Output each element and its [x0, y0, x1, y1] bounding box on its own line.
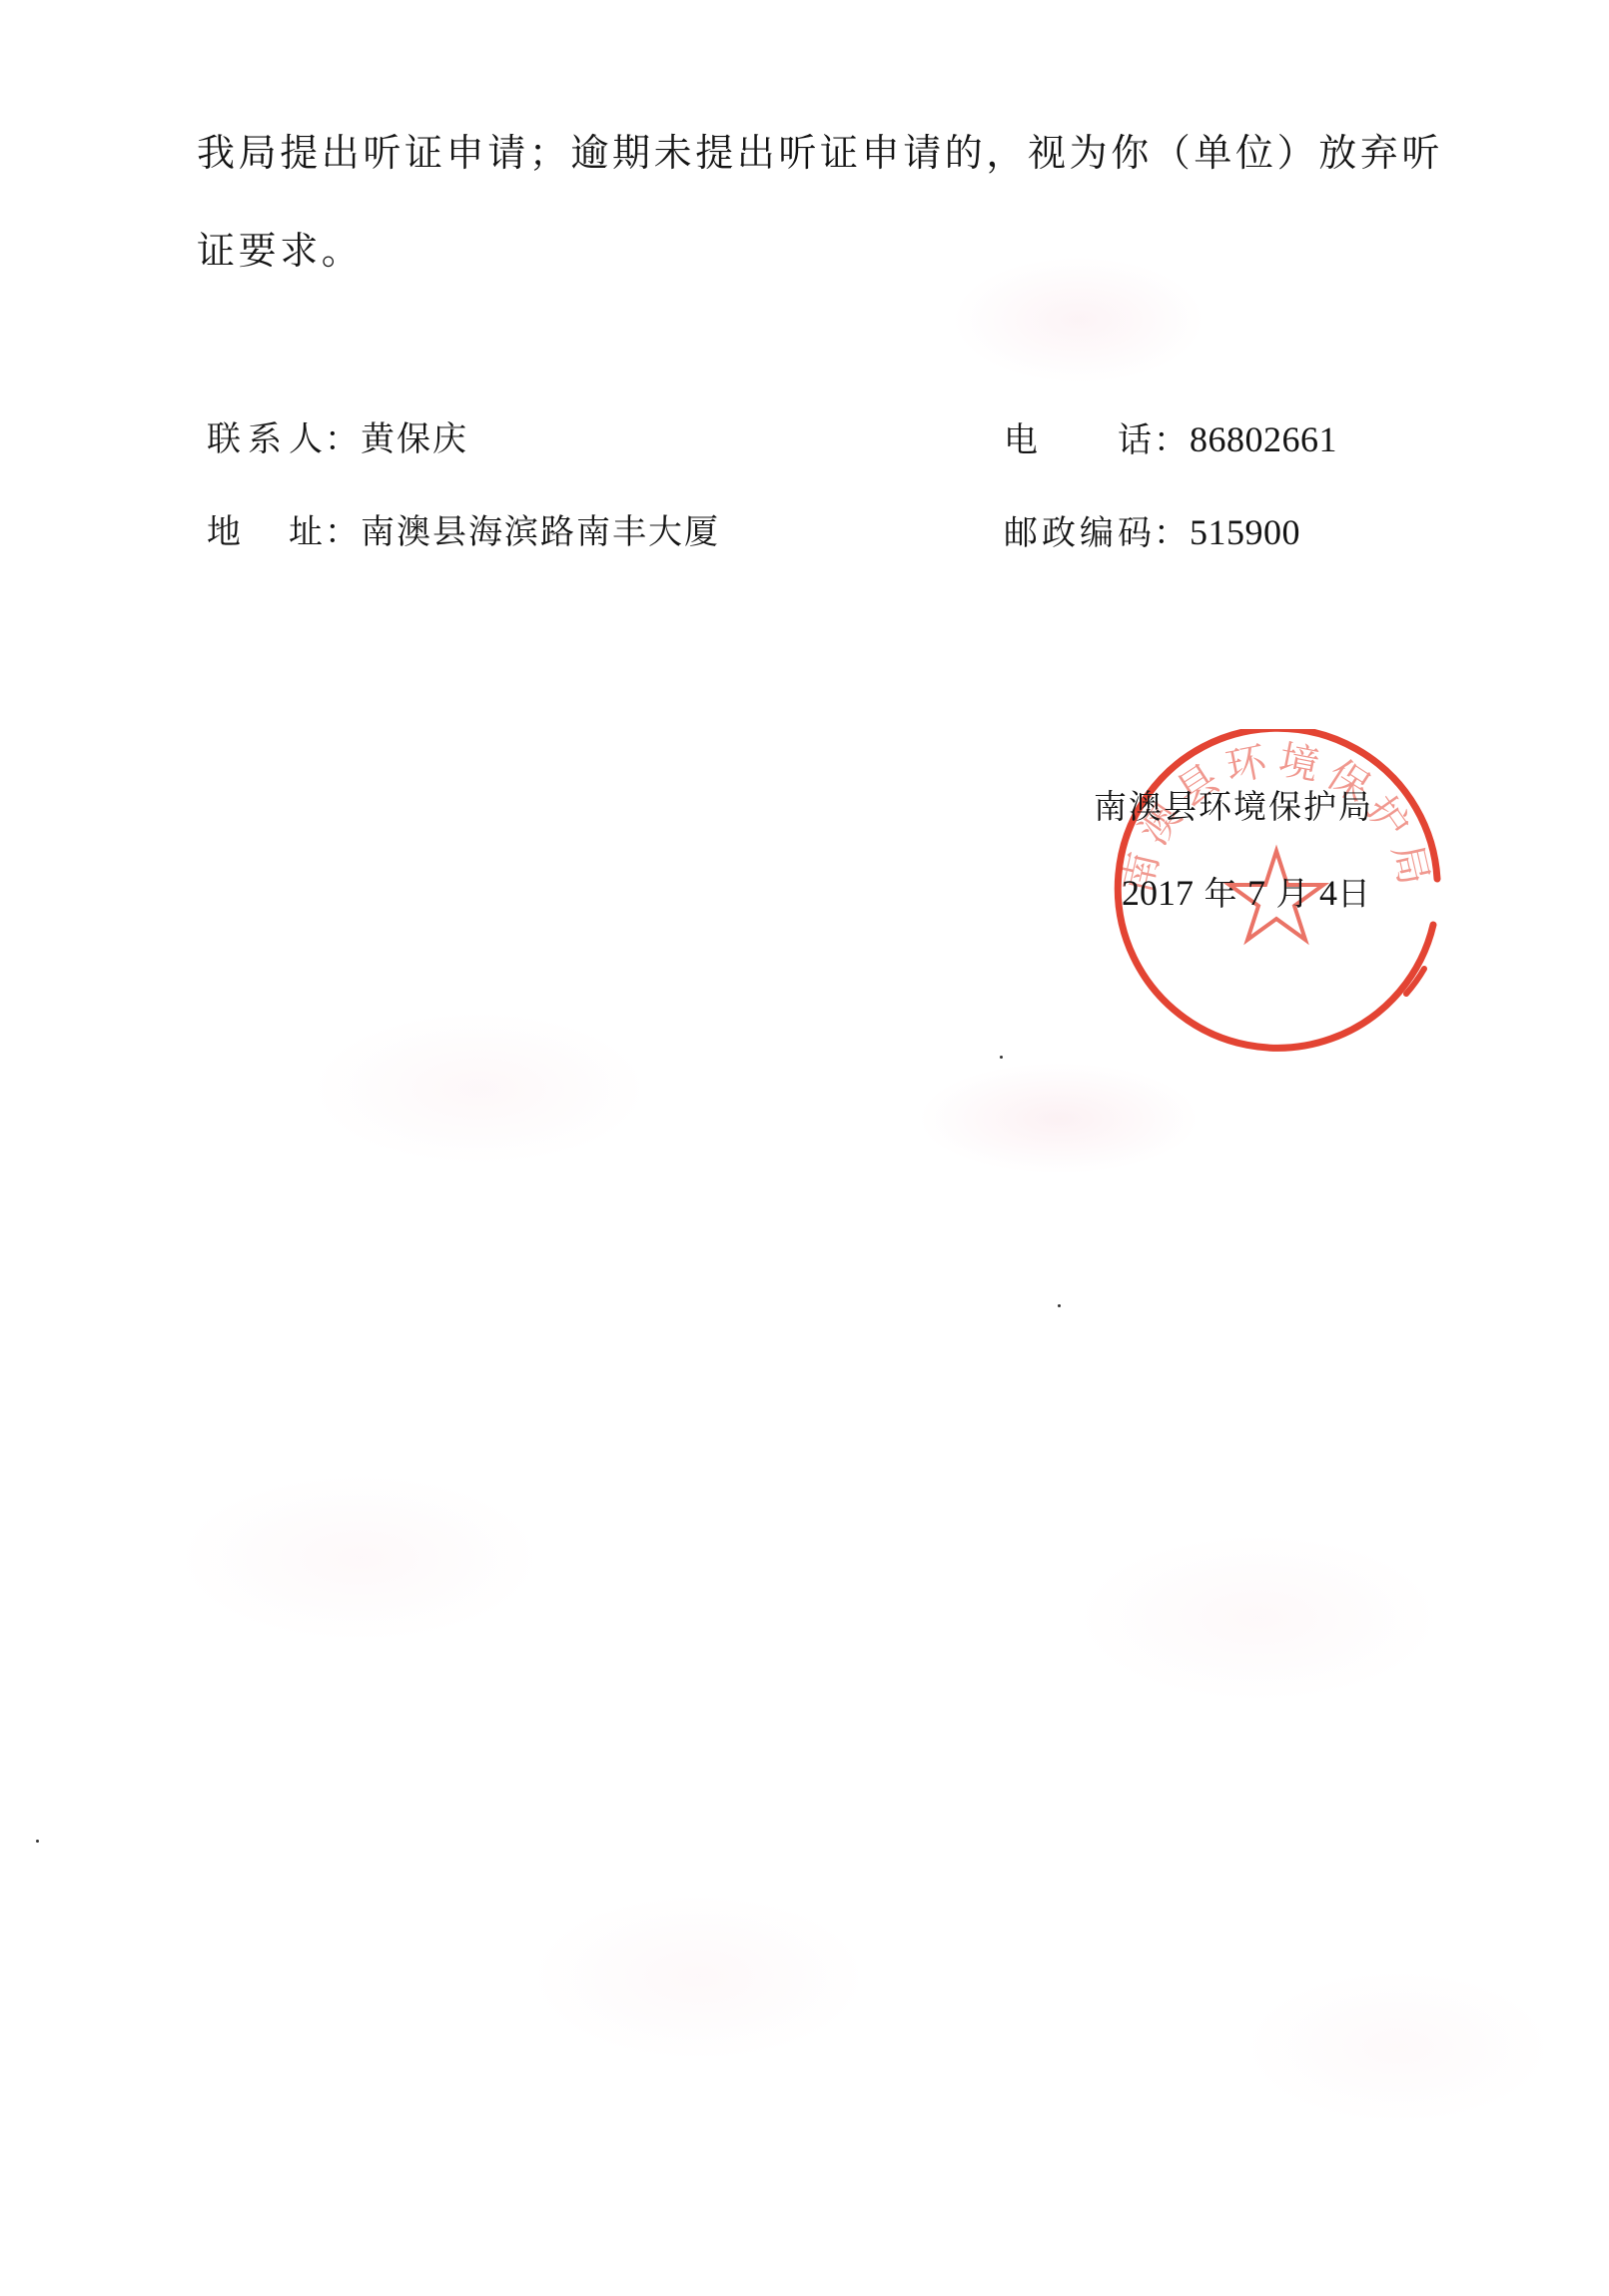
document-page: [0, 0, 1609, 2296]
label-separator: ：: [1154, 420, 1190, 460]
label-separator: ：: [325, 419, 361, 459]
issuing-organization: 南澳县环境保护局: [1094, 789, 1373, 825]
scan-speck: [1000, 1056, 1003, 1059]
phone-label: 电话: [1004, 422, 1154, 458]
contact-person-label: 联系人: [207, 421, 325, 457]
label-separator: ：: [1154, 513, 1190, 553]
scan-speck: [36, 1840, 39, 1843]
body-text-line: 证要求。: [197, 231, 363, 271]
phone-row: 电话：86802661: [1004, 421, 1337, 458]
body-text-line: 我局提出听证申请；逾期未提出听证申请的，视为你（单位）放弃听: [197, 133, 1443, 173]
postal-code-row: 邮政编码：515900: [1004, 514, 1300, 551]
phone-value: 86802661: [1190, 419, 1337, 459]
date-year-unit: 年: [1205, 874, 1237, 913]
issue-date: 2017 年 7 月 4日: [1122, 875, 1370, 912]
contact-person-value: 黄保庆: [361, 419, 468, 459]
scan-speck: [1058, 1304, 1061, 1307]
address-row: 地址：南澳县海滨路南丰大厦: [207, 514, 720, 550]
date-day-unit: 日: [1337, 874, 1370, 913]
postal-code-value: 515900: [1190, 512, 1300, 552]
contact-person-row: 联系人：黄保庆: [207, 421, 468, 457]
date-month-unit: 月: [1276, 874, 1309, 913]
postal-code-label: 邮政编码: [1004, 515, 1154, 551]
date-day: 4: [1319, 873, 1337, 913]
label-separator: ：: [325, 512, 361, 552]
address-value: 南澳县海滨路南丰大厦: [361, 512, 720, 552]
address-label: 地址: [207, 514, 325, 550]
date-month: 7: [1247, 873, 1265, 913]
date-year: 2017: [1122, 873, 1194, 913]
